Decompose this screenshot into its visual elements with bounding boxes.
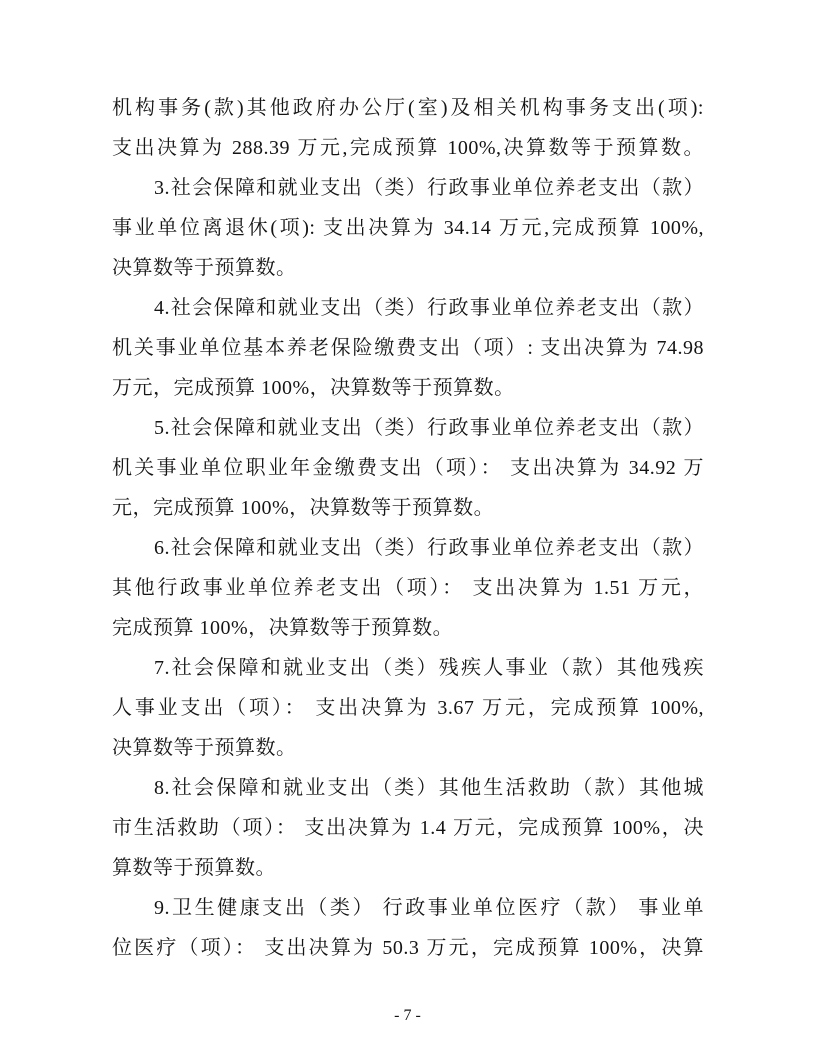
body-line-22: 位医疗（项）： 支出决算为 50.3 万元，完成预算 100%，决算 <box>112 928 704 968</box>
body-line-3: 3.社会保障和就业支出（类）行政事业单位养老支出（款） <box>112 168 704 208</box>
body-line-17: 决算数等于预算数。 <box>112 728 704 768</box>
body-line-13: 其他行政事业单位养老支出（项）： 支出决算为 1.51 万元， <box>112 568 704 608</box>
body-line-21: 9.卫生健康支出（类） 行政事业单位医疗（款） 事业单 <box>112 888 704 928</box>
body-line-12: 6.社会保障和就业支出（类）行政事业单位养老支出（款） <box>112 528 704 568</box>
body-line-14: 完成预算 100%，决算数等于预算数。 <box>112 608 704 648</box>
body-line-6: 4.社会保障和就业支出（类）行政事业单位养老支出（款） <box>112 288 704 328</box>
body-line-10: 机关事业单位职业年金缴费支出（项）： 支出决算为 34.92 万 <box>112 448 704 488</box>
body-line-2: 支出决算为 288.39 万元,完成预算 100%,决算数等于预算数。 <box>112 128 704 168</box>
body-line-15: 7.社会保障和就业支出（类）残疾人事业（款）其他残疾 <box>112 648 704 688</box>
page-number: - 7 - <box>0 1004 815 1028</box>
body-line-16: 人事业支出（项）： 支出决算为 3.67 万元，完成预算 100%, <box>112 688 704 728</box>
body-line-18: 8.社会保障和就业支出（类）其他生活救助（款）其他城 <box>112 768 704 808</box>
body-line-4: 事业单位离退休(项): 支出决算为 34.14 万元,完成预算 100%, <box>112 208 704 248</box>
body-line-7: 机关事业单位基本养老保险缴费支出（项）: 支出决算为 74.98 <box>112 328 704 368</box>
document-page: 机构事务(款)其他政府办公厅(室)及相关机构事务支出(项): 支出决算为 288… <box>0 0 815 1055</box>
body-line-20: 算数等于预算数。 <box>112 848 704 888</box>
body-text: 机构事务(款)其他政府办公厅(室)及相关机构事务支出(项): 支出决算为 288… <box>112 88 704 968</box>
body-line-19: 市生活救助（项）： 支出决算为 1.4 万元，完成预算 100%，决 <box>112 808 704 848</box>
body-line-5: 决算数等于预算数。 <box>112 248 704 288</box>
body-line-1: 机构事务(款)其他政府办公厅(室)及相关机构事务支出(项): <box>112 88 704 128</box>
body-line-11: 元，完成预算 100%，决算数等于预算数。 <box>112 488 704 528</box>
body-line-8: 万元，完成预算 100%，决算数等于预算数。 <box>112 368 704 408</box>
body-line-9: 5.社会保障和就业支出（类）行政事业单位养老支出（款） <box>112 408 704 448</box>
